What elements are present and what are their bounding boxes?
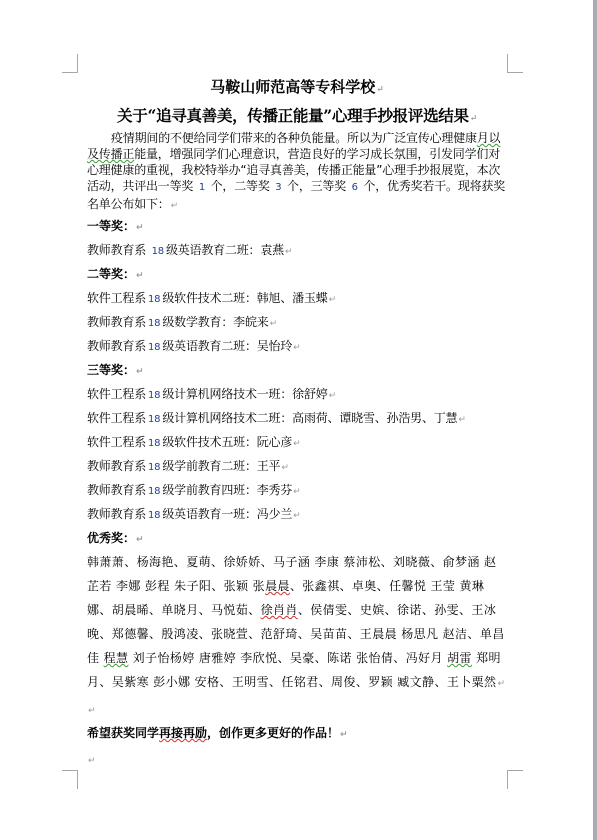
- grammar-flag: 胡雷: [447, 651, 472, 665]
- paragraph-mark-icon: ↵: [293, 343, 300, 353]
- text-run: 级学前教育四班：: [162, 483, 256, 497]
- paragraph-mark-icon: ↵: [329, 295, 336, 305]
- third-prize-heading: 三等奖：↵: [87, 358, 507, 382]
- text-run: 18: [148, 390, 160, 401]
- paragraph-mark-icon: ↵: [458, 415, 465, 425]
- text-run: 级学前教育二班：: [162, 459, 256, 473]
- text-run: 18: [148, 510, 160, 521]
- text-run: 优秀奖：: [87, 531, 135, 545]
- paragraph-mark-icon: ↵: [88, 706, 96, 716]
- award-entry: 教师教育系18级学前教育四班：李秀芬↵: [87, 478, 507, 502]
- spelling-flag: 再接再励: [159, 726, 207, 740]
- text-run: 李秀芬: [257, 483, 292, 497]
- text-run: 级软件技术二班：: [162, 291, 256, 305]
- text-run: 教师教育系: [87, 483, 146, 497]
- text-run: 18: [148, 414, 160, 425]
- text-run: 教师教育系: [87, 315, 146, 329]
- text-run: 级英语教育二班：: [162, 339, 256, 353]
- paragraph-mark-icon: ↵: [497, 679, 505, 689]
- text-run: 教师教育系: [87, 243, 150, 257]
- paragraph-mark-icon: ↵: [171, 201, 178, 211]
- text-run: 3: [275, 182, 281, 193]
- intro-paragraph: 疫情期间的不便给同学们带来的各种负能量。所以为广泛宣传心理健康月以及传播正能量，…: [87, 130, 507, 214]
- margin-corner-bottom-left: [62, 770, 78, 789]
- paragraph-mark-icon: ↵: [285, 247, 292, 257]
- text-run: 韩旭、潘玉蝶: [257, 291, 328, 305]
- paragraph-mark-icon: ↵: [281, 463, 288, 473]
- document-page[interactable]: 马鞍山师范高等专科学校↵ 关于“追寻真善美，传播正能量”心理手抄报评选结果↵ 疫…: [87, 76, 507, 770]
- text-run: ，创作更多更好的作品！: [207, 726, 339, 740]
- text-run: 1: [199, 182, 205, 193]
- text-run: 教师教育系: [87, 459, 146, 473]
- paragraph-mark-icon: ↵: [136, 535, 144, 545]
- text-run: 高雨荷、谭晓雪、孙浩男、丁慧: [292, 411, 457, 425]
- text-run: 李皖来: [233, 315, 268, 329]
- award-entry: 教师教育系 18级英语教育二班：袁燕↵: [87, 238, 507, 262]
- text-run: 个，三等奖: [283, 179, 349, 193]
- paragraph-mark-icon: ↵: [329, 391, 336, 401]
- award-entry: 教师教育系18级学前教育二班：王平↵: [87, 454, 507, 478]
- paragraph-mark-icon: ↵: [293, 511, 300, 521]
- award-entry: 教师教育系18级数学教育：李皖来↵: [87, 310, 507, 334]
- text-run: 王平: [257, 459, 281, 473]
- text-run: 阮心彦: [257, 435, 292, 449]
- award-entry: 软件工程系18级计算机网络技术二班：高雨荷、谭晓雪、孙浩男、丁慧↵: [87, 406, 507, 430]
- award-entry: 教师教育系18级英语教育一班：冯少兰↵: [87, 502, 507, 526]
- text-run: 个，二等奖: [207, 179, 273, 193]
- text-run: 软件工程系: [87, 291, 146, 305]
- text-run: 二等奖：: [87, 267, 135, 281]
- main-title: 关于“追寻真善美，传播正能量”心理手抄报评选结果↵: [87, 104, 507, 128]
- text-run: 三等奖：: [87, 363, 135, 377]
- excellence-names-list: 韩萧萧、杨海艳、夏萌、徐娇娇、马子涵 李康 蔡沛松、刘晓薇、俞梦涵 赵芷若 李娜…: [87, 550, 507, 696]
- paragraph-mark-icon: ↵: [88, 756, 96, 766]
- text-run: 18: [148, 486, 160, 497]
- paragraph-mark-icon: ↵: [293, 487, 300, 497]
- margin-corner-top-left: [62, 54, 78, 73]
- text-run: 18: [148, 342, 160, 353]
- text-run: 级计算机网络技术二班：: [162, 411, 292, 425]
- text-run: 马鞍山师范高等专科学校: [210, 78, 375, 96]
- text-run: 疫情期间的不便给同学们带来的各种负能量。所以为广泛宣传心理健康: [111, 131, 477, 145]
- spelling-flag: 徐肖肖: [261, 603, 298, 617]
- paragraph-mark-icon: ↵: [293, 439, 300, 449]
- window-scrollbar-edge[interactable]: [593, 0, 597, 840]
- empty-paragraph: ↵: [87, 696, 507, 720]
- text-run: 软件工程系: [87, 387, 146, 401]
- text-run: 18: [148, 438, 160, 449]
- text-run: 软件工程系: [87, 435, 146, 449]
- paragraph-mark-icon: ↵: [470, 114, 477, 124]
- text-run: 吴怡玲: [257, 339, 292, 353]
- text-run: 级英语教育一班：: [162, 507, 256, 521]
- text-run: 18: [148, 318, 160, 329]
- school-title: 马鞍山师范高等专科学校↵: [87, 76, 507, 98]
- text-run: 级英语教育二班：: [166, 243, 260, 257]
- first-prize-heading: 一等奖：↵: [87, 214, 507, 238]
- margin-corner-bottom-right: [507, 770, 523, 789]
- paragraph-mark-icon: ↵: [136, 271, 144, 281]
- spelling-flag: 晨晨: [265, 579, 290, 593]
- text-run: 级数学教育：: [162, 315, 233, 329]
- text-run: 教师教育系: [87, 339, 146, 353]
- text-run: 级计算机网络技术一班：: [162, 387, 292, 401]
- text-run: 徐舒婷: [292, 387, 327, 401]
- text-run: 冯少兰: [257, 507, 292, 521]
- text-run: 软件工程系: [87, 411, 146, 425]
- text-run: 18: [152, 246, 164, 257]
- paragraph-mark-icon: ↵: [136, 367, 144, 377]
- award-entry: 软件工程系18级软件技术二班：韩旭、潘玉蝶↵: [87, 286, 507, 310]
- text-run: 教师教育系: [87, 507, 146, 521]
- empty-paragraph: ↵: [87, 746, 507, 770]
- text-run: 刘子怡杨婷 唐雅婷 李欣悦、吴豪、陈诺 张怡倩、冯好月: [128, 651, 447, 665]
- text-run: 级软件技术五班：: [162, 435, 256, 449]
- text-run: 关于“追寻真善美，传播正能量”心理手抄报评选结果: [117, 106, 469, 125]
- award-entry: 软件工程系18级软件技术五班：阮心彦↵: [87, 430, 507, 454]
- text-run: 18: [148, 294, 160, 305]
- text-run: 希望获奖同学: [87, 726, 159, 740]
- grammar-flag: 程慧: [104, 651, 129, 665]
- closing-sentence: 希望获奖同学再接再励，创作更多更好的作品！↵: [87, 720, 507, 746]
- excellence-prize-heading: 优秀奖：↵: [87, 526, 507, 550]
- text-run: 一等奖：: [87, 219, 135, 233]
- award-entry: 软件工程系18级计算机网络技术一班：徐舒婷↵: [87, 382, 507, 406]
- award-entry: 教师教育系18级英语教育二班：吴怡玲↵: [87, 334, 507, 358]
- margin-corner-top-right: [507, 54, 523, 73]
- text-run: 袁燕: [260, 243, 284, 257]
- paragraph-mark-icon: ↵: [270, 319, 277, 329]
- text-run: 18: [148, 462, 160, 473]
- paragraph-mark-icon: ↵: [340, 730, 348, 740]
- text-run: 6: [352, 182, 358, 193]
- second-prize-heading: 二等奖：↵: [87, 262, 507, 286]
- paragraph-mark-icon: ↵: [136, 223, 144, 233]
- paragraph-mark-icon: ↵: [376, 85, 384, 95]
